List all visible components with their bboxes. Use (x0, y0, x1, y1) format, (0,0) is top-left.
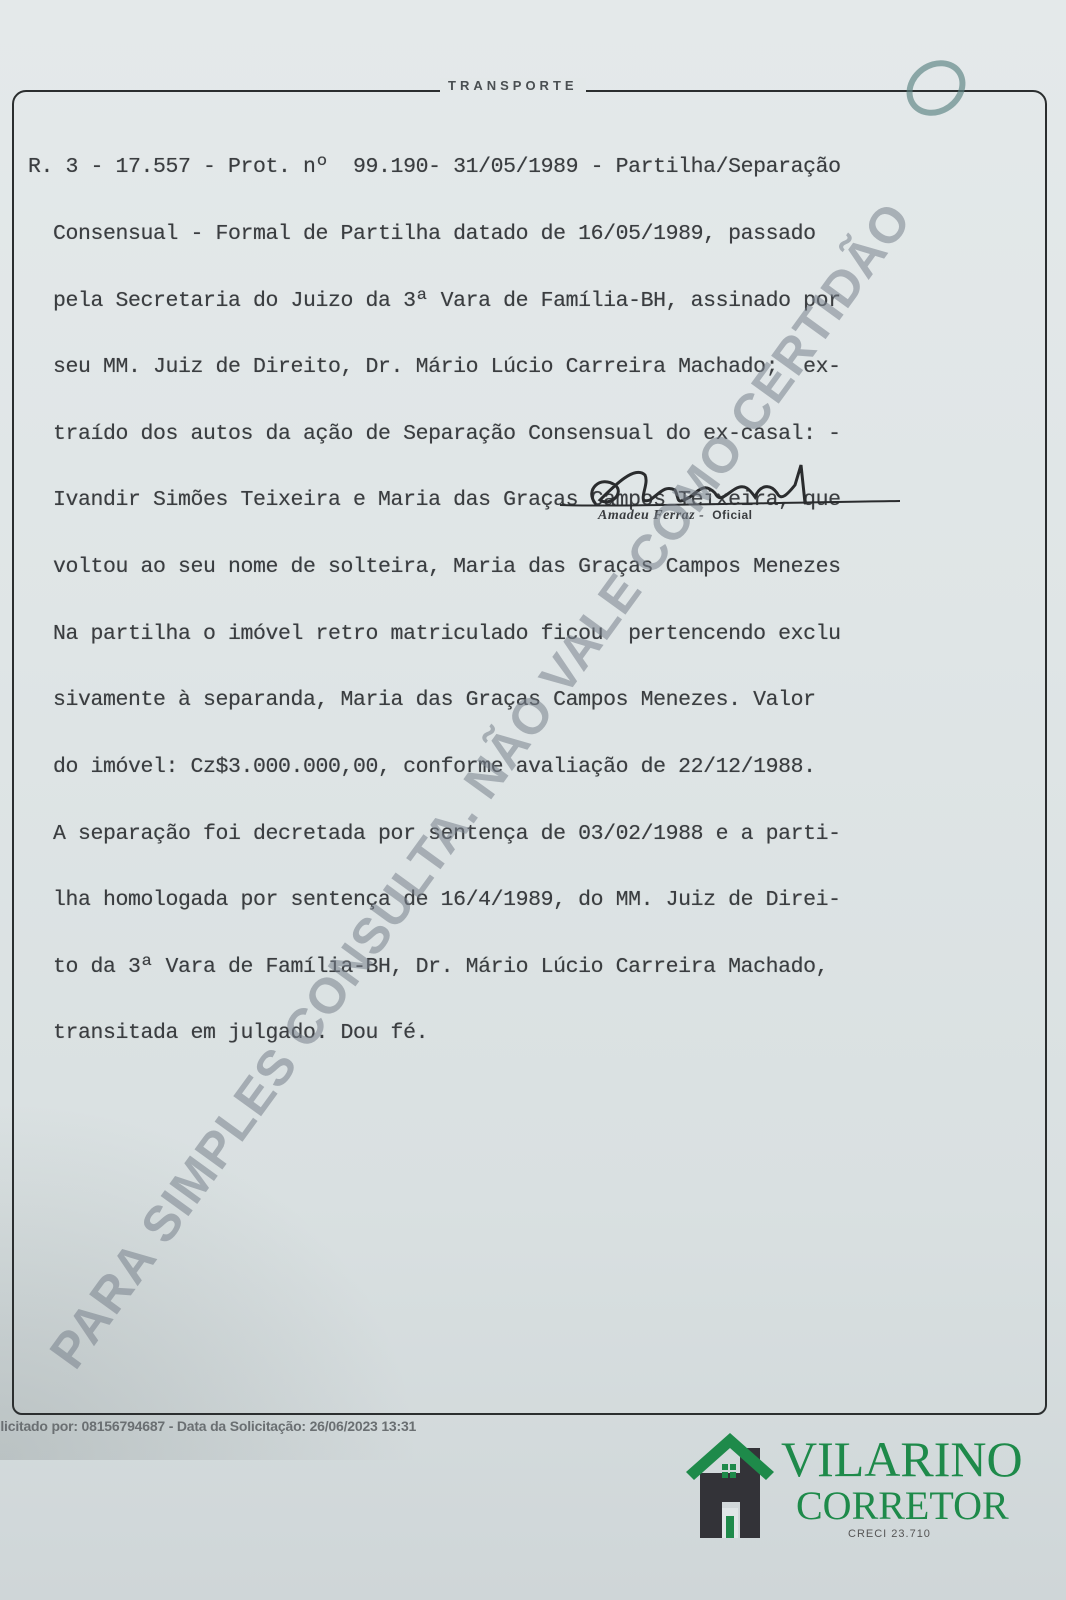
record-line: traído dos autos da ação de Separação Co… (28, 423, 1038, 445)
record-line: to da 3ª Vara de Família-BH, Dr. Mário L… (28, 956, 1038, 978)
house-icon (686, 1428, 774, 1540)
company-logo: VILARINO CORRETOR CRECI 23.710 (686, 1428, 1026, 1548)
record-line: R. 3 - 17.557 - Prot. nº 99.190- 31/05/1… (28, 156, 1038, 178)
record-line: A separação foi decretada por sentença d… (28, 823, 1038, 845)
record-line: lha homologada por sentença de 16/4/1989… (28, 889, 1038, 911)
record-line: Na partilha o imóvel retro matriculado f… (28, 623, 1038, 645)
record-line: voltou ao seu nome de solteira, Maria da… (28, 556, 1038, 578)
logo-name: VILARINO (781, 1434, 1023, 1484)
record-line: transitada em julgado. Dou fé. (28, 1022, 1038, 1044)
signer-role: Oficial (712, 508, 752, 522)
logo-subtitle: CORRETOR (796, 1486, 1009, 1526)
request-footer: olicitado por: 08156794687 - Data da Sol… (0, 1418, 416, 1434)
record-line: pela Secretaria do Juizo da 3ª Vara de F… (28, 290, 1038, 312)
logo-creci: CRECI 23.710 (848, 1528, 931, 1540)
record-line: seu MM. Juiz de Direito, Dr. Mário Lúcio… (28, 356, 1038, 378)
section-title: TRANSPORTE (440, 78, 586, 93)
